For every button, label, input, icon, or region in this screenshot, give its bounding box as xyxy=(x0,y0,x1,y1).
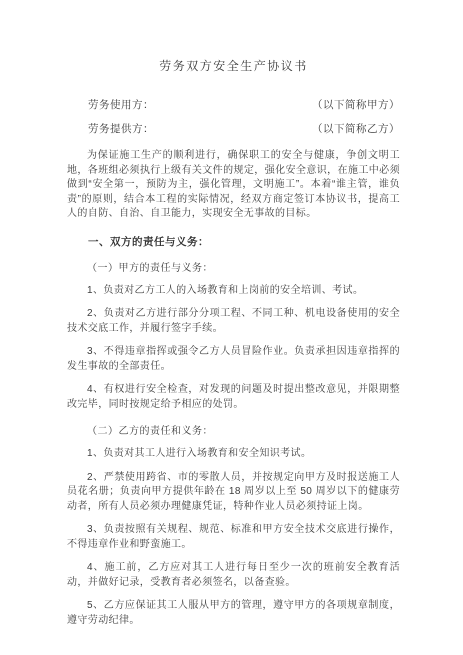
section-heading-responsibilities: 一、双方的责任与义务： xyxy=(67,234,400,249)
preamble-paragraph: 为保证施工生产的顺利进行，确保职工的安全与健康，争创文明工地，各班组必须执行上级… xyxy=(67,149,400,222)
clause-party-b-4: 4、施工前，乙方应对其工人进行每日至少一次的班前安全教育活动，并做好记录，受教育… xyxy=(67,561,400,590)
document-page: 劳务双方安全生产协议书 劳务使用方： （以下简称甲方） 劳务提供方： （以下简称… xyxy=(0,0,463,655)
party-row-provider: 劳务提供方： （以下简称乙方） xyxy=(67,123,400,136)
clause-party-b-2: 2、严禁使用跨省、市的零散人员，并按规定向甲方及时报送施工人员花名册；负责向甲方… xyxy=(67,471,400,515)
clause-party-a-1: 1、负责对乙方工人的入场教育和上岗前的安全培训、考试。 xyxy=(67,284,400,299)
party-employer-alias: （以下简称甲方） xyxy=(312,99,400,112)
party-row-employer: 劳务使用方： （以下简称甲方） xyxy=(67,99,400,112)
clause-party-b-3: 3、负责按照有关规程、规范、标准和甲方安全技术交底进行操作，不得违章作业和野蛮施… xyxy=(67,523,400,552)
party-provider-alias: （以下简称乙方） xyxy=(312,123,400,136)
clause-party-a-2: 2、负责对乙方进行部分分项工程、不同工种、机电设备使用的安全技术交底工作，并履行… xyxy=(67,307,400,336)
parties-block: 劳务使用方： （以下简称甲方） 劳务提供方： （以下简称乙方） xyxy=(67,99,400,136)
subsection-heading-party-b: （二）乙方的责任和义务： xyxy=(67,422,400,437)
clause-party-b-1: 1、负责对其工人进行入场教育和安全知识考试。 xyxy=(67,447,400,462)
clause-party-a-3: 3、不得违章指挥或强令乙方人员冒险作业。负责承担因违章指挥的发生事故的全部责任。 xyxy=(67,345,400,374)
subsection-heading-party-a: （一）甲方的责任与义务： xyxy=(67,259,400,274)
document-content: 劳务双方安全生产协议书 劳务使用方： （以下简称甲方） 劳务提供方： （以下简称… xyxy=(0,0,463,628)
clause-party-b-5: 5、乙方应保证其工人服从甲方的管理，遵守甲方的各项规章制度，遵守劳动纪律。 xyxy=(67,599,400,628)
clause-party-a-4: 4、有权进行安全检查，对发现的问题及时提出整改意见，并限期整改完毕，同时按规定给… xyxy=(67,383,400,412)
document-title: 劳务双方安全生产协议书 xyxy=(67,57,400,74)
party-provider-label: 劳务提供方： xyxy=(88,123,154,136)
party-employer-label: 劳务使用方： xyxy=(88,99,154,112)
